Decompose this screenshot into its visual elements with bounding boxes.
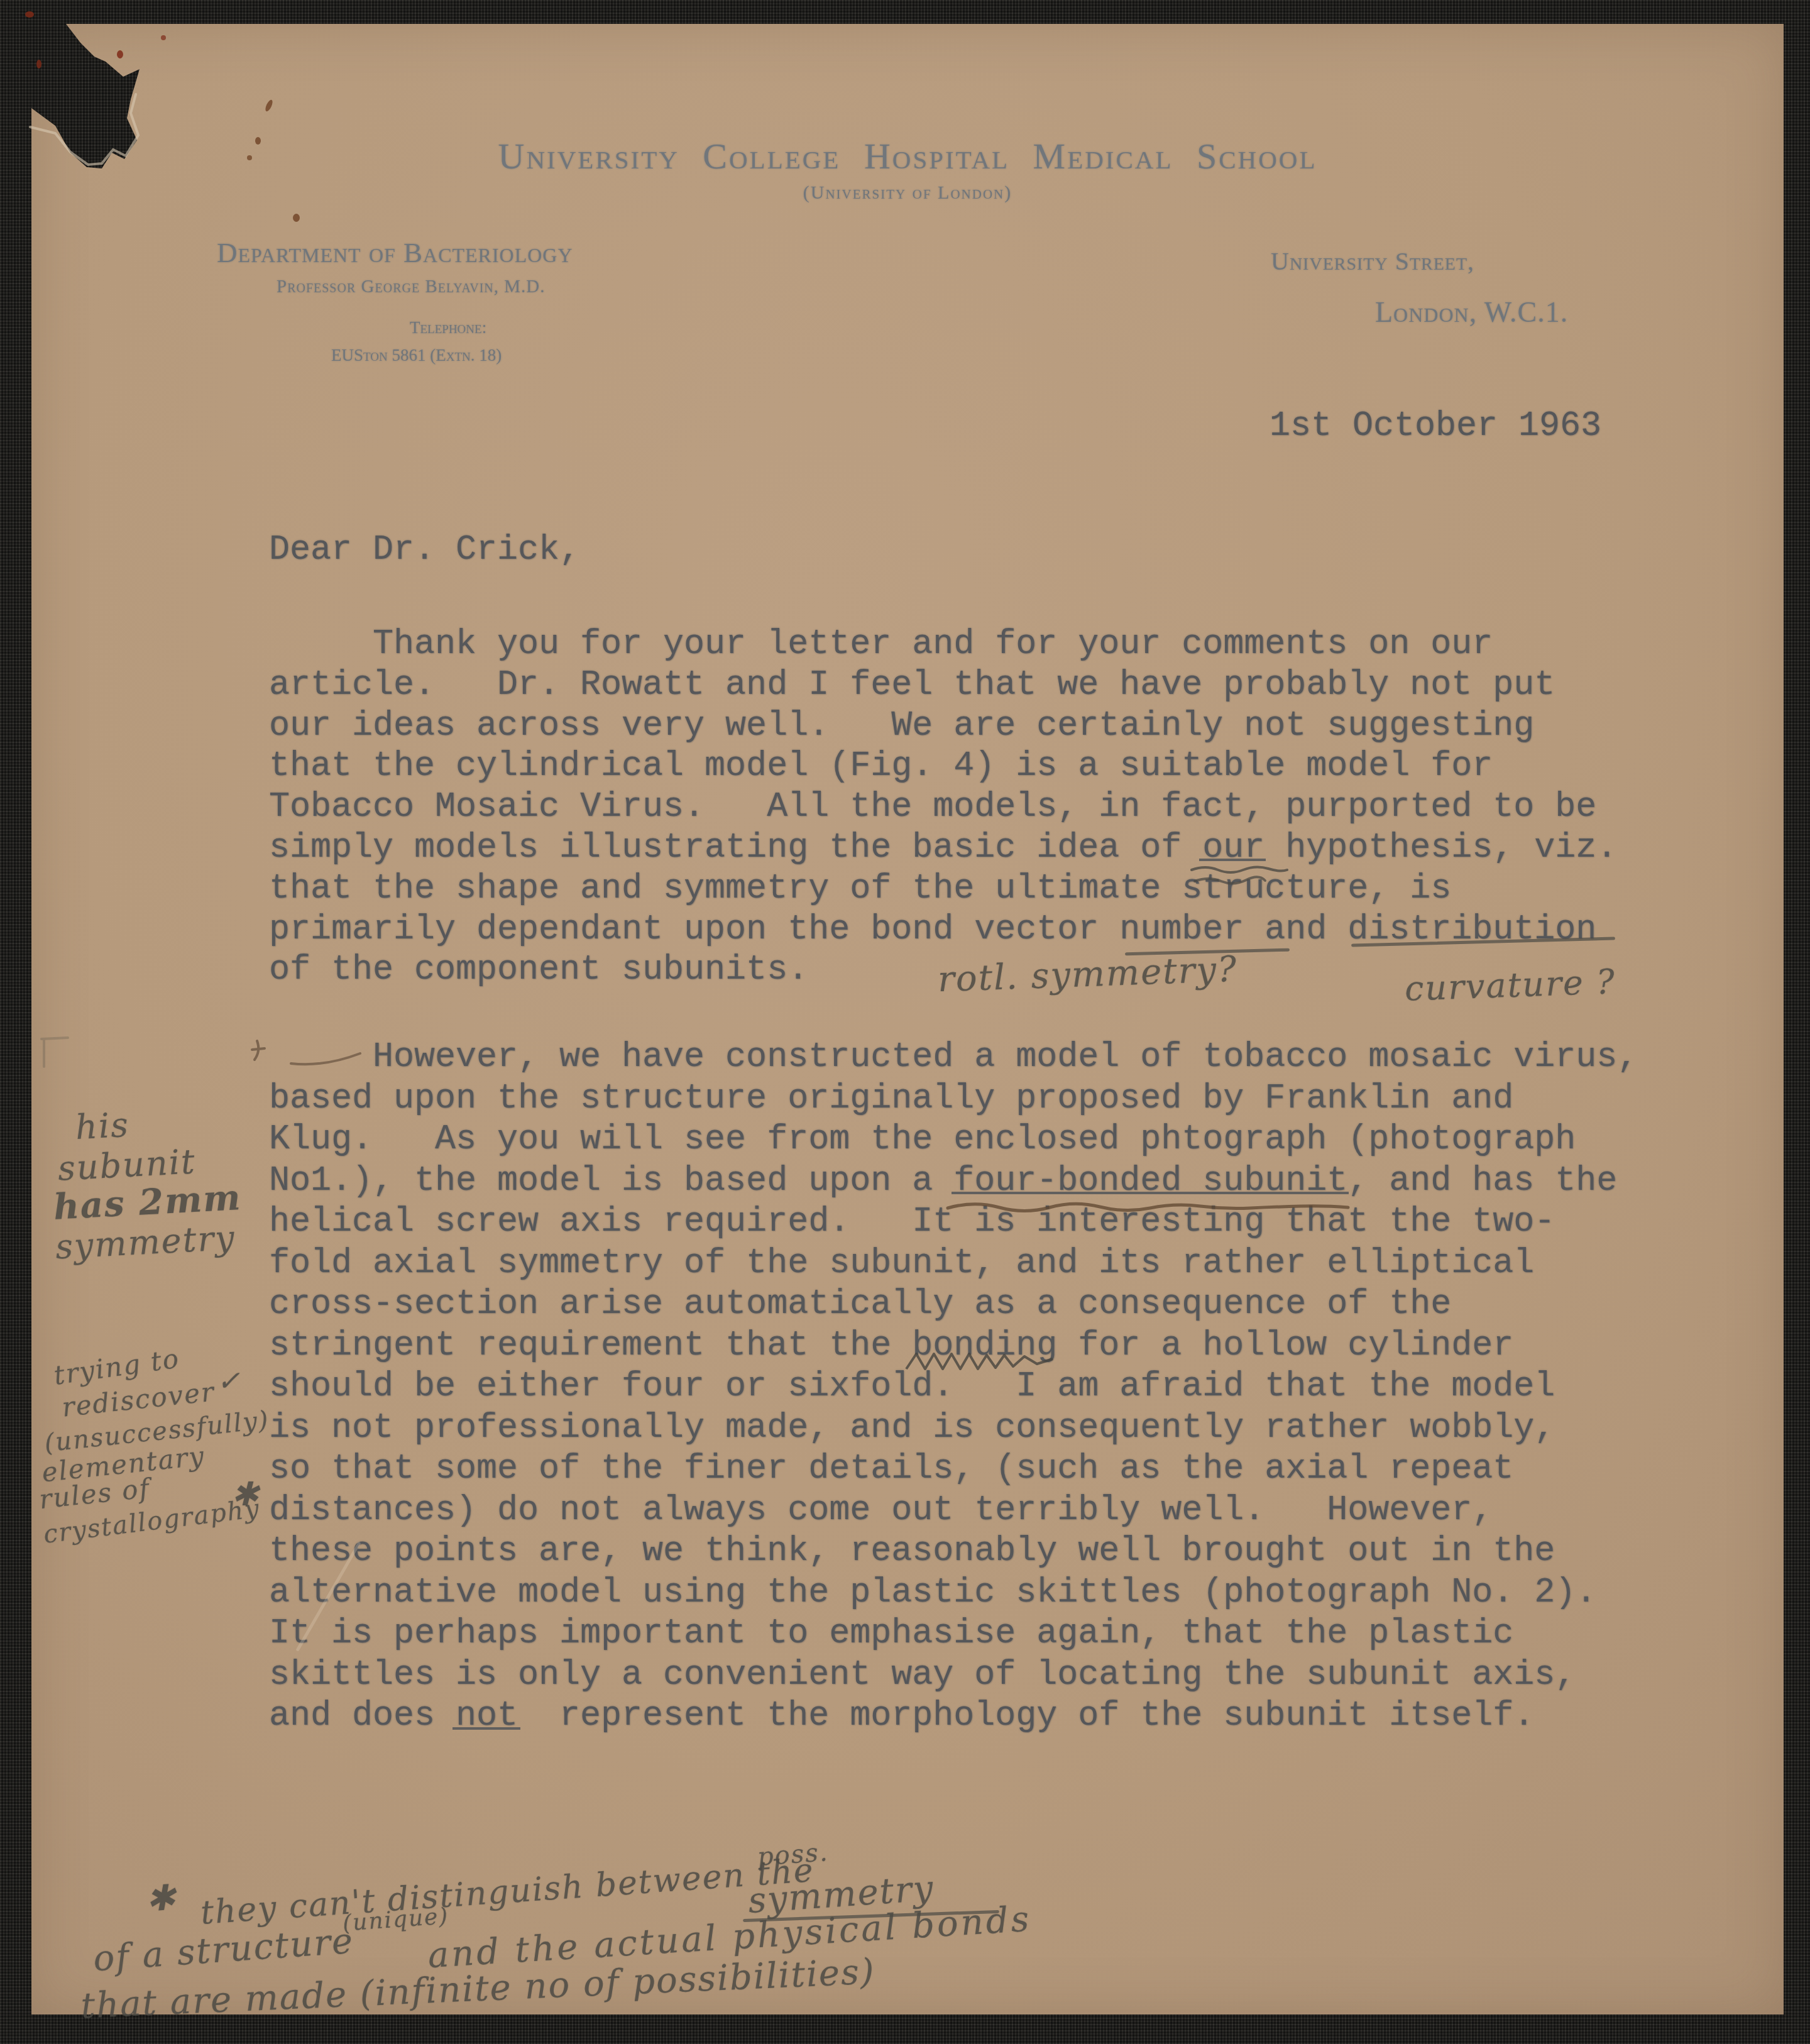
typed-line: Klug. As you will see from the enclosed … — [269, 1121, 1576, 1158]
salutation: Dear Dr. Crick, — [269, 531, 580, 569]
pencil-mark-however — [248, 1036, 365, 1074]
typed-line: our ideas across very well. We are certa… — [269, 707, 1534, 745]
margin-note-1-line: his — [74, 1105, 130, 1147]
pencil-squiggle-our — [1190, 864, 1290, 889]
stain-speck — [247, 155, 252, 160]
typed-line: stringent requirement that the bonding f… — [269, 1327, 1513, 1365]
typed-line: Thank you for your letter and for your c… — [269, 625, 1493, 663]
typed-line: alternative model using the plastic skit… — [269, 1574, 1596, 1612]
typed-line: article. Dr. Rowatt and I feel that we h… — [269, 666, 1555, 704]
typed-line: is not professionally made, and is conse… — [269, 1409, 1555, 1447]
letterhead-school-name: University College Hospital Medical Scho… — [31, 135, 1784, 177]
typed-underline-four-bonded-subunit — [952, 1192, 1349, 1194]
letterhead-professor: Professor George Belyavin, M.D. — [277, 277, 546, 297]
typed-underline-our — [1199, 859, 1266, 861]
footnote-inserted-word: poss. — [757, 1838, 830, 1872]
pencil-squiggle-four-bonded — [946, 1199, 1354, 1217]
typed-underline-not — [452, 1727, 520, 1730]
letter-date: 1st October 1963 — [1270, 407, 1601, 445]
typed-line: cross-section arise automatically as a c… — [269, 1285, 1451, 1323]
scan-background: { "colors": { "paper": "#b69a7c", "fabri… — [0, 0, 1810, 2044]
typed-line: helical screw axis required. It is inter… — [269, 1203, 1555, 1241]
address-street: University Street, — [1271, 246, 1474, 276]
margin-note-2-asterisk: ✱ — [231, 1476, 260, 1514]
ink-speck — [117, 50, 123, 58]
typed-line: of the component subunits. — [269, 951, 808, 989]
typed-line: that the cylindrical model (Fig. 4) is a… — [269, 747, 1493, 785]
annotation-curvature: curvature ? — [1404, 962, 1616, 1009]
letterhead-university-note: (University of London) — [31, 182, 1784, 204]
typed-line: It is perhaps important to emphasise aga… — [269, 1615, 1513, 1652]
ink-speck — [36, 60, 41, 69]
stain-speck — [255, 137, 261, 145]
letterhead-department: Department of Bacteriology — [217, 236, 573, 269]
typed-line: so that some of the finer details, (such… — [269, 1450, 1513, 1488]
typed-line: Tobacco Mosaic Virus. All the models, in… — [269, 788, 1596, 826]
ink-speck — [161, 35, 166, 40]
typed-line: based upon the structure originally prop… — [269, 1080, 1513, 1118]
address-city: London, W.C.1. — [1375, 295, 1568, 329]
telephone-number: EUSton 5861 (Extn. 18) — [331, 346, 502, 365]
footnote-asterisk: ✱ — [145, 1877, 178, 1920]
margin-note-2-check-mark: ✓ — [217, 1365, 241, 1397]
typed-line: However, we have constructed a model of … — [269, 1038, 1638, 1076]
typed-line: No1.), the model is based upon a four-bo… — [269, 1162, 1617, 1200]
typed-line: these points are, we think, reasonably w… — [269, 1532, 1555, 1570]
stain-speck — [293, 214, 300, 222]
telephone-label: Telephone: — [410, 318, 486, 338]
typed-line: should be either four or sixfold. I am a… — [269, 1368, 1555, 1405]
pencil-zigzag-bonding — [905, 1350, 1059, 1373]
typed-line: distances) do not always come out terrib… — [269, 1492, 1493, 1529]
ink-speck — [25, 11, 34, 18]
typed-line: simply models illustrating the basic ide… — [269, 829, 1617, 867]
faint-pencil-scribble — [38, 1034, 82, 1072]
typed-line: fold axial symmetry of the subunit, and … — [269, 1245, 1534, 1282]
typed-line: skittles is only a convenient way of loc… — [269, 1656, 1576, 1694]
